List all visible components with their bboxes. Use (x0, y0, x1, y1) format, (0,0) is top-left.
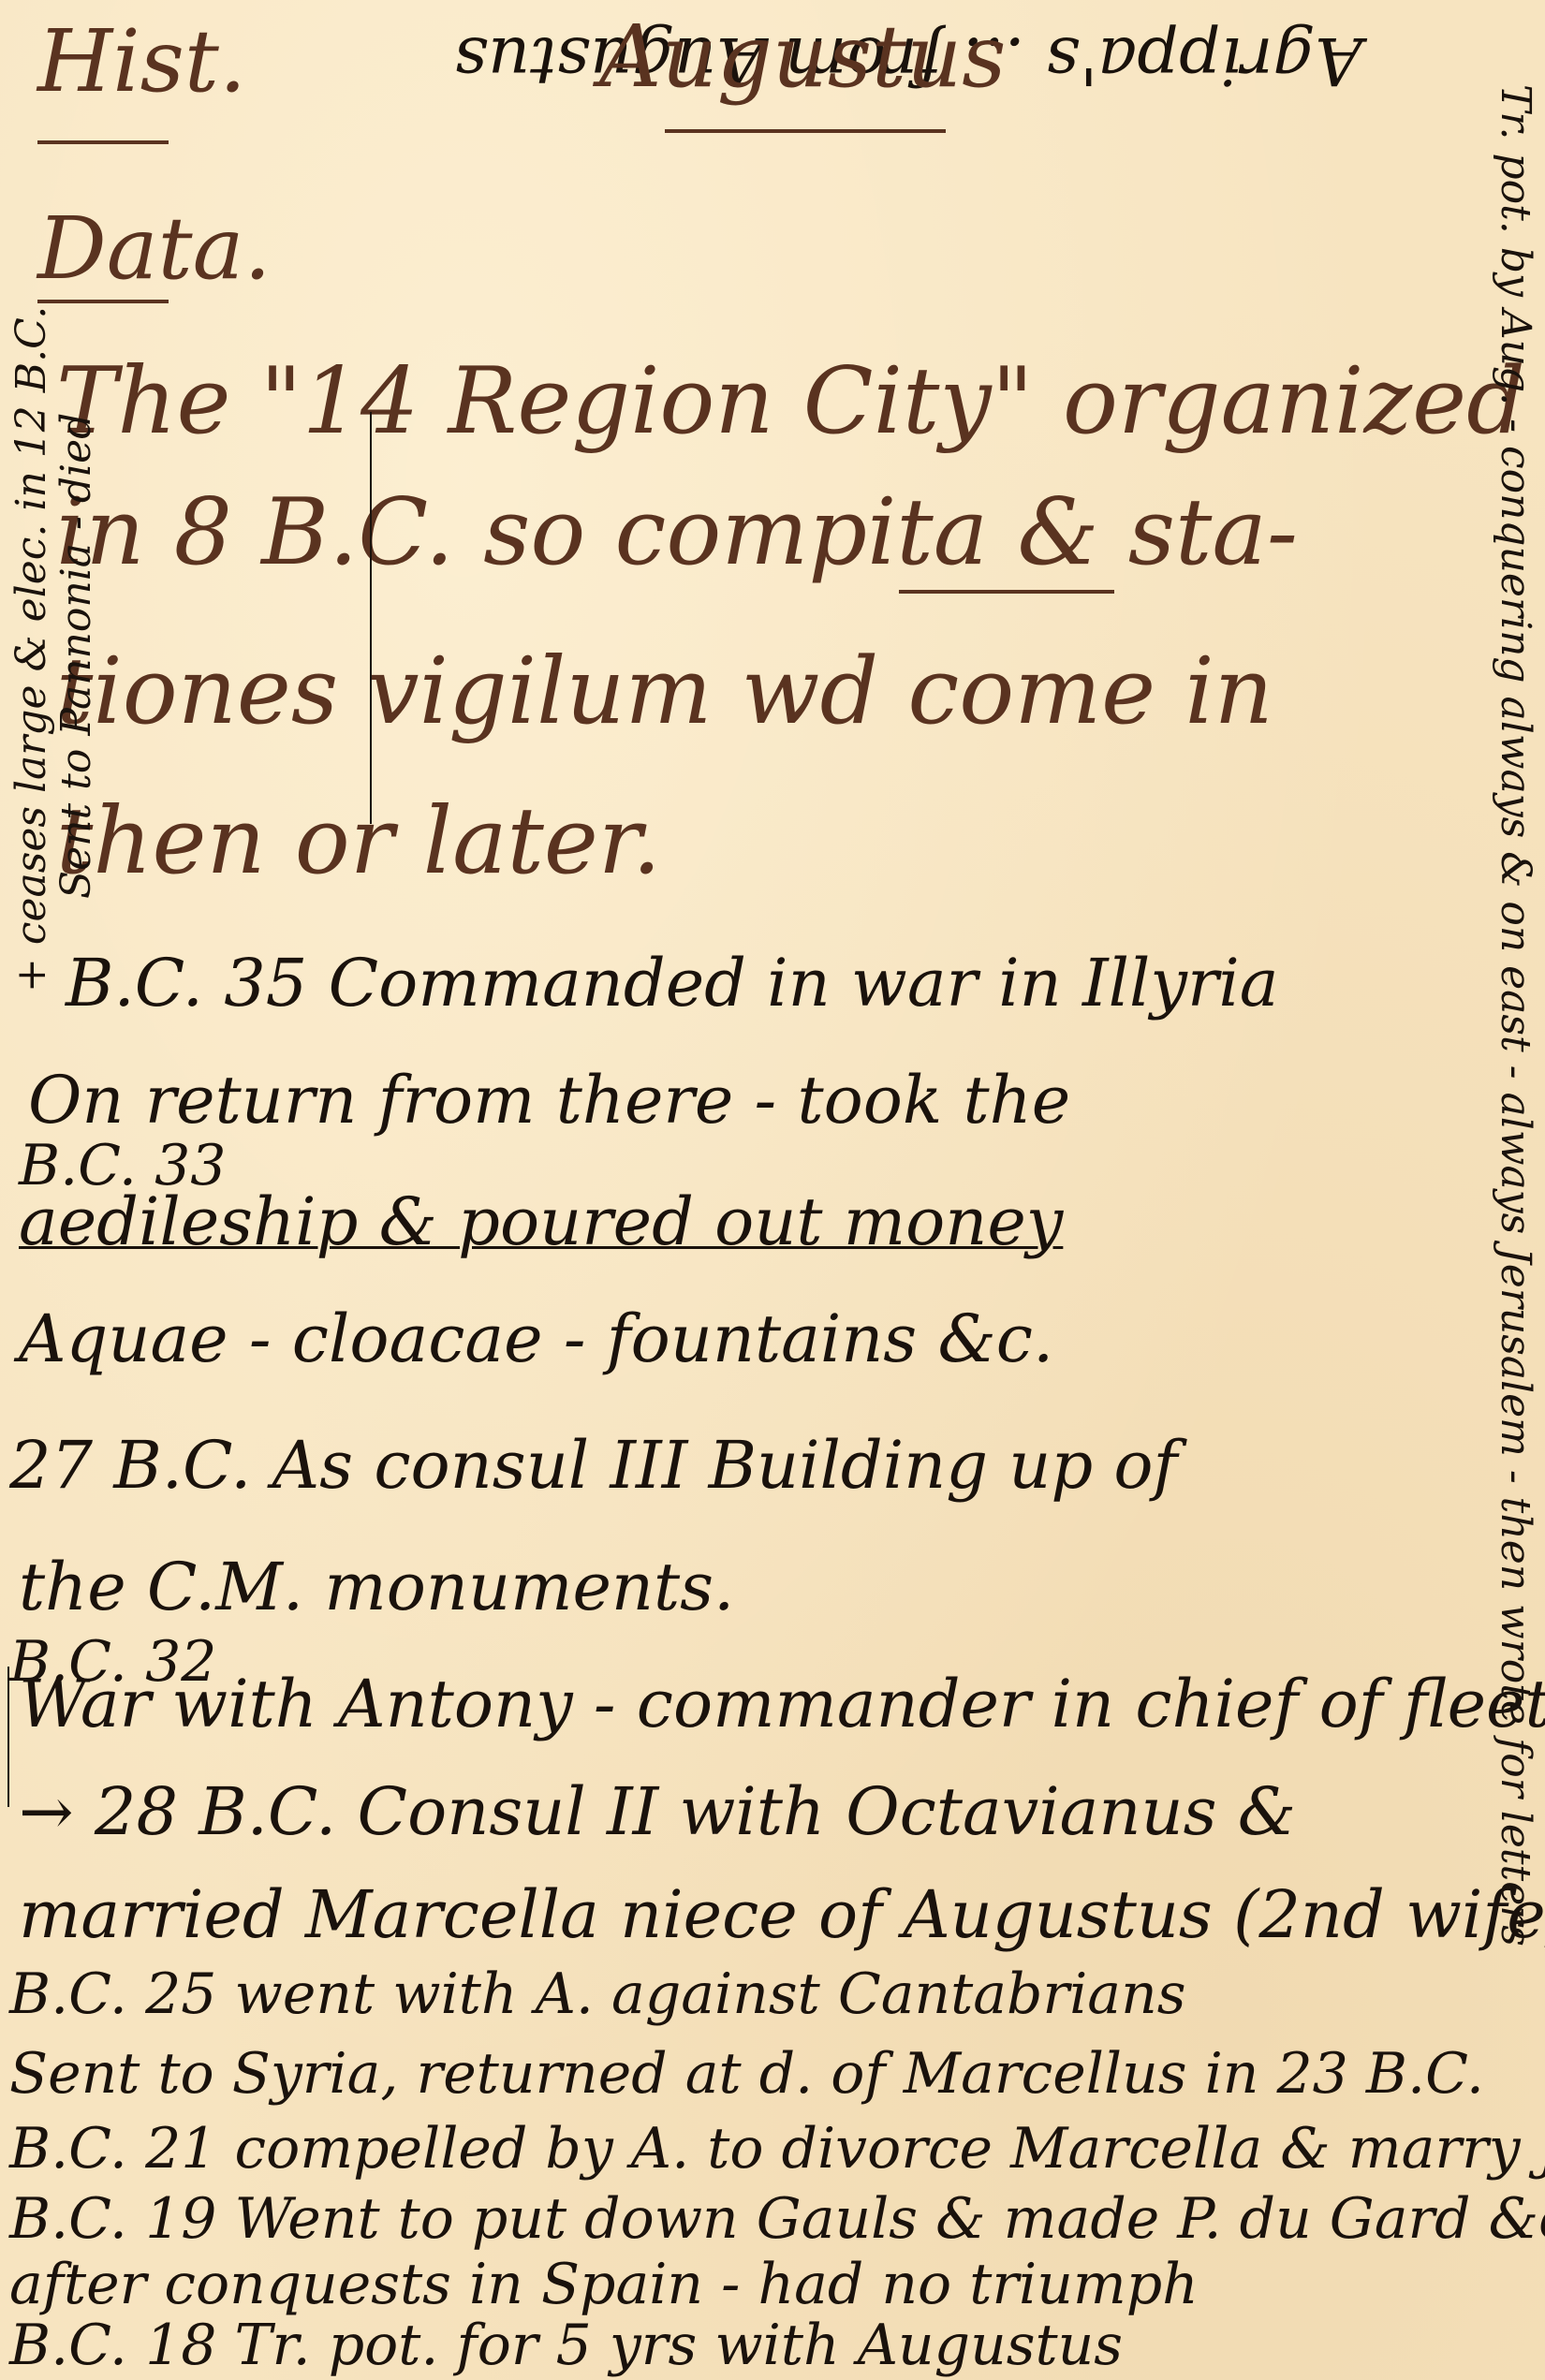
entry-text: Consul II with Octavianus & (358, 1773, 1297, 1850)
entry-line: Aquae - cloacae - fountains &c. (19, 1306, 1053, 1372)
entry-date: B.C. 35 (66, 945, 307, 1021)
entry-date: B.C. 18 (9, 2313, 216, 2378)
hist-underline (37, 140, 169, 144)
entry-date: B.C. 19 (9, 2186, 216, 2252)
entry-date: 27 B.C. (9, 1427, 251, 1504)
entry-text: the C.M. monuments. (19, 1549, 734, 1625)
entry-line: B.C. 35 Commanded in war in Illyria (66, 950, 1279, 1016)
entry-text: after conquests in Spain - had no triump… (9, 2252, 1199, 2317)
entry-text: went with A. against Cantabrians (235, 1961, 1186, 2027)
data-label: Data. (37, 206, 272, 292)
entry-text: Commanded in war in Illyria (329, 945, 1279, 1021)
data-underline (37, 300, 169, 303)
entry-date: 28 B.C. (95, 1773, 336, 1850)
hist-label: Hist. (37, 19, 246, 105)
entry-line: B.C. 19 Went to put down Gauls & made P.… (9, 2191, 1545, 2247)
entry-line: War with Antony - commander in chief of … (19, 1671, 1545, 1737)
entry-line: B.C. 18 Tr. pot. for 5 yrs with Augustus (9, 2317, 1123, 2373)
compita-underline (899, 590, 1114, 594)
paragraph-line: then or later. (56, 796, 661, 888)
entry-line: B.C. 25 went with A. against Cantabrians (9, 1966, 1186, 2022)
entry-text: On return from there - took the (28, 1062, 1070, 1139)
entry-line: after conquests in Spain - had no triump… (9, 2256, 1199, 2313)
entry-line: B.C. 21 compelled by A. to divorce Marce… (9, 2121, 1545, 2177)
entry-line: aedileship & poured out money (19, 1189, 1063, 1255)
entry-text: Sent to Syria, returned at d. of Marcell… (9, 2041, 1484, 2107)
right-margin-note: Tr. pot. by Aug. - conquering always & o… (1494, 84, 1536, 1947)
entry-line: married Marcella niece of Augustus (2nd … (19, 1882, 1545, 1947)
entry-line: Sent to Syria, returned at d. of Marcell… (9, 2046, 1484, 2102)
vertical-bracket-line (370, 412, 372, 824)
entry-text: War with Antony - commander in chief of … (19, 1666, 1545, 1742)
arrow-icon: → (19, 1773, 74, 1850)
document-title: Augustus (599, 14, 1006, 100)
entry-line: On return from there - took the (28, 1067, 1070, 1133)
entry-line: 27 B.C. As consul III Building up of (9, 1432, 1177, 1498)
paragraph-line: in 8 B.C. so compita & sta- (56, 487, 1298, 579)
paragraph-line: tiones vigilum wd come in (56, 646, 1273, 738)
paragraph-line: The "14 Region City" organized (56, 356, 1525, 448)
entry-line: the C.M. monuments. (19, 1554, 734, 1620)
left-margin-note-inner: Sent to Pannonia - died (56, 413, 97, 899)
entry-date: B.C. 21 (9, 2116, 216, 2182)
entry-date: B.C. 25 (9, 1961, 216, 2027)
entry-text: compelled by A. to divorce Marcella & ma… (235, 2116, 1545, 2182)
entry-text: As consul III Building up of (272, 1427, 1178, 1504)
title-underline (665, 129, 946, 133)
entry-line: → 28 B.C. Consul II with Octavianus & (19, 1779, 1296, 1844)
left-margin-note-outer: + ceases large & elec. in 12 B.C. (11, 306, 52, 992)
entry-text: aedileship & poured out money (19, 1183, 1063, 1260)
handwritten-page: Agrippa's ... from Augustus Augustus His… (0, 0, 1545, 2380)
bracket-arrow-line (7, 1667, 9, 1807)
entry-text: Aquae - cloacae - fountains &c. (19, 1300, 1053, 1377)
entry-text: married Marcella niece of Augustus (2nd … (19, 1876, 1545, 1953)
entry-text: Tr. pot. for 5 yrs with Augustus (235, 2313, 1124, 2378)
entry-text: Went to put down Gauls & made P. du Gard… (235, 2186, 1545, 2252)
